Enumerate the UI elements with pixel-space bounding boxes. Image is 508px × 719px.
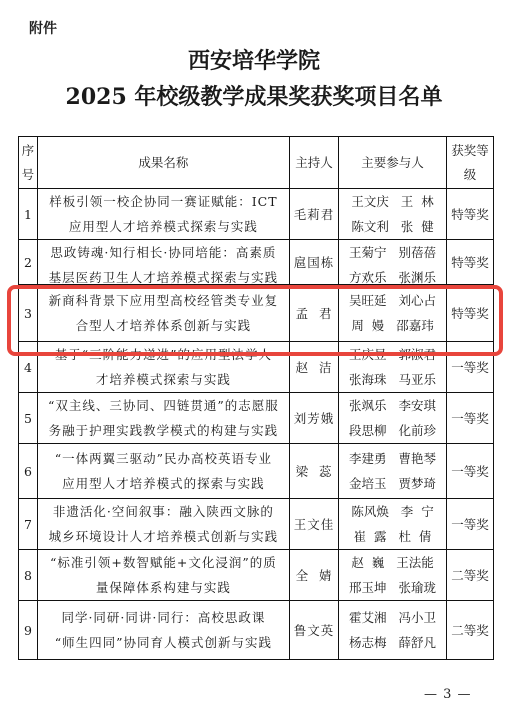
project-name-line: 合型人才培养体系创新与实践 [40,313,287,338]
table-row-highlighted: 3 新商科背景下应用型高校经管类专业复合型人才培养体系创新与实践 孟 君 吴旺延… [19,285,494,342]
row-participants: 赵 巍 王法能邢玉坤 张瑜珑 [339,550,447,601]
project-name-line: 应用型人才培养模式的探索与实践 [40,471,287,496]
row-host: 王文佳 [289,499,338,550]
row-award: 一等奖 [446,393,493,444]
row-participants: 吴旺延 刘心占周 嫚 邵嘉玮 [339,285,447,342]
row-award: 特等奖 [446,240,493,285]
header-participants: 主要参与人 [339,137,447,189]
row-award: 特等奖 [446,285,493,342]
row-host: 孟 君 [289,285,338,342]
row-participants: 王庆昱 郭淑君张海珠 马亚乐 [339,342,447,393]
row-participants: 陈风焕 李 宁崔 露 杜 倩 [339,499,447,550]
row-project-name: 同学·同研·同讲·同行：高校思政课“师生四同”协同育人模式创新与实践 [37,601,289,660]
project-name-line: “一体两翼三驱动”民办高校英语专业 [40,446,287,471]
row-award: 二等奖 [446,601,493,660]
project-name-line: 基于“三阶能力递进”的应用型法学人 [40,342,287,367]
row-project-name: 新商科背景下应用型高校经管类专业复合型人才培养体系创新与实践 [37,285,289,342]
table-row: 9 同学·同研·同讲·同行：高校思政课“师生四同”协同育人模式创新与实践 鲁文英… [19,601,494,660]
row-project-name: “双主线、三协同、四链贯通”的志愿服务融于护理实践教学模式的构建与实践 [37,393,289,444]
project-name-line: 城乡环境设计人才培养模式创新与实践 [40,524,287,549]
participants-line: 周 嫚 邵嘉玮 [341,313,444,338]
header-host: 主持人 [289,137,338,189]
participants-line: 张飒乐 李安琪 [341,393,444,418]
document-title-school: 西安培华学院 [0,44,508,75]
participants-line: 金培玉 贾梦琦 [341,471,444,496]
row-project-name: “一体两翼三驱动”民办高校英语专业应用型人才培养模式的探索与实践 [37,444,289,499]
participants-line: 吴旺延 刘心占 [341,288,444,313]
row-no: 6 [19,444,38,499]
table-row: 5 “双主线、三协同、四链贯通”的志愿服务融于护理实践教学模式的构建与实践 刘芳… [19,393,494,444]
row-project-name: 样板引领一校企协同一赛证赋能：ICT应用型人才培养模式探索与实践 [37,189,289,240]
project-name-line: 基层医药卫生人才培养模式探索与实践 [40,265,287,284]
table-row: 4 基于“三阶能力递进”的应用型法学人才培养模式探索与实践 赵 洁 王庆昱 郭淑… [19,342,494,393]
row-host: 扈国栋 [289,240,338,285]
participants-line: 陈文利 张 健 [341,214,444,239]
row-no: 8 [19,550,38,601]
participants-line: 张海珠 马亚乐 [341,367,444,392]
row-no: 9 [19,601,38,660]
participants-line: 崔 露 杜 倩 [341,524,444,549]
row-host: 梁 蕊 [289,444,338,499]
project-name-line: 思政铸魂·知行相长·协同培能：高素质 [40,240,287,265]
project-name-line: 务融于护理实践教学模式的构建与实践 [40,418,287,443]
table-row: 8 “标准引领+数智赋能+文化浸润”的质量保障体系构建与实践 全 婧 赵 巍 王… [19,550,494,601]
row-award: 二等奖 [446,550,493,601]
project-name-line: 同学·同研·同讲·同行：高校思政课 [40,605,287,630]
participants-line: 赵 巍 王法能 [341,550,444,575]
project-name-line: “双主线、三协同、四链贯通”的志愿服 [40,393,287,418]
participants-line: 王庆昱 郭淑君 [341,342,444,367]
row-no: 4 [19,342,38,393]
table-row: 7 非遗活化·空间叙事：融入陕西文脉的城乡环境设计人才培养模式创新与实践 王文佳… [19,499,494,550]
page-number: — 3 — [424,687,472,702]
row-no: 7 [19,499,38,550]
row-no: 3 [19,285,38,342]
participants-line: 霍艾湘 冯小卫 [341,605,444,630]
row-no: 2 [19,240,38,285]
document-title-list: 2025 年校级教学成果奖获奖项目名单 [0,80,508,111]
participants-line: 王文庆 王 林 [341,189,444,214]
row-participants: 王菊宁 别蓓蓓方欢乐 张渊乐 [339,240,447,285]
row-no: 1 [19,189,38,240]
row-participants: 王文庆 王 林陈文利 张 健 [339,189,447,240]
attachment-label: 附件 [29,18,57,38]
project-name-line: 应用型人才培养模式探索与实践 [40,214,287,239]
header-no: 序号 [19,137,38,189]
table-row: 2 思政铸魂·知行相长·协同培能：高素质基层医药卫生人才培养模式探索与实践 扈国… [19,240,494,285]
project-name-line: 量保障体系构建与实践 [40,575,287,600]
row-participants: 霍艾湘 冯小卫杨志梅 薛舒凡 [339,601,447,660]
award-list-table: 序号 成果名称 主持人 主要参与人 获奖等级 1 样板引领一校企协同一赛证赋能：… [18,136,494,660]
participants-line: 方欢乐 张渊乐 [341,265,444,284]
row-award: 一等奖 [446,444,493,499]
row-host: 毛莉君 [289,189,338,240]
project-name-line: 才培养模式探索与实践 [40,367,287,392]
row-host: 赵 洁 [289,342,338,393]
row-project-name: “标准引领+数智赋能+文化浸润”的质量保障体系构建与实践 [37,550,289,601]
row-host: 刘芳娥 [289,393,338,444]
project-name-line: 样板引领一校企协同一赛证赋能：ICT [40,189,287,214]
row-host: 全 婧 [289,550,338,601]
participants-line: 陈风焕 李 宁 [341,499,444,524]
row-no: 5 [19,393,38,444]
row-award: 特等奖 [446,189,493,240]
row-host: 鲁文英 [289,601,338,660]
project-name-line: “标准引领+数智赋能+文化浸润”的质 [40,550,287,575]
row-award: 一等奖 [446,342,493,393]
participants-line: 杨志梅 薛舒凡 [341,630,444,655]
table-header-row: 序号 成果名称 主持人 主要参与人 获奖等级 [19,137,494,189]
row-award: 一等奖 [446,499,493,550]
participants-line: 李建勇 曹艳琴 [341,446,444,471]
participants-line: 邢玉坤 张瑜珑 [341,575,444,600]
project-name-line: “师生四同”协同育人模式创新与实践 [40,630,287,655]
header-award: 获奖等级 [446,137,493,189]
row-project-name: 非遗活化·空间叙事：融入陕西文脉的城乡环境设计人才培养模式创新与实践 [37,499,289,550]
row-project-name: 思政铸魂·知行相长·协同培能：高素质基层医药卫生人才培养模式探索与实践 [37,240,289,285]
table-row: 1 样板引领一校企协同一赛证赋能：ICT应用型人才培养模式探索与实践 毛莉君 王… [19,189,494,240]
row-project-name: 基于“三阶能力递进”的应用型法学人才培养模式探索与实践 [37,342,289,393]
header-name: 成果名称 [37,137,289,189]
row-participants: 李建勇 曹艳琴金培玉 贾梦琦 [339,444,447,499]
participants-line: 王菊宁 别蓓蓓 [341,240,444,265]
project-name-line: 新商科背景下应用型高校经管类专业复 [40,288,287,313]
row-participants: 张飒乐 李安琪段思柳 化前珍 [339,393,447,444]
table-row: 6 “一体两翼三驱动”民办高校英语专业应用型人才培养模式的探索与实践 梁 蕊 李… [19,444,494,499]
project-name-line: 非遗活化·空间叙事：融入陕西文脉的 [40,499,287,524]
participants-line: 段思柳 化前珍 [341,418,444,443]
